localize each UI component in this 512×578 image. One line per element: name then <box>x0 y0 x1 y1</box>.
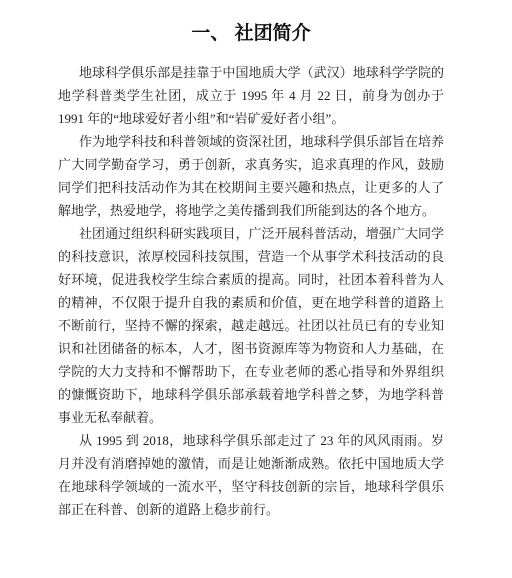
paragraph-club-aims: 作为地学科技和科普领域的资深社团，地球科学俱乐部旨在培养广大同学勤奋学习，勇于创… <box>58 130 444 222</box>
paragraph-club-history: 从 1995 到 2018，地球科学俱乐部走过了 23 年的风风雨雨。岁月并没有… <box>58 429 444 521</box>
section-heading: 一、 社团简介 <box>58 20 444 48</box>
document-page: 一、 社团简介 地球科学俱乐部是挂靠于中国地质大学（武汉）地球科学学院的地学科普… <box>0 0 512 578</box>
paragraph-club-activities: 社团通过组织科研实践项目，广泛开展科普活动，增强广大同学的科技意识，浓厚校园科技… <box>58 222 444 429</box>
paragraph-club-intro: 地球科学俱乐部是挂靠于中国地质大学（武汉）地球科学学院的地学科普类学生社团，成立… <box>58 61 444 130</box>
